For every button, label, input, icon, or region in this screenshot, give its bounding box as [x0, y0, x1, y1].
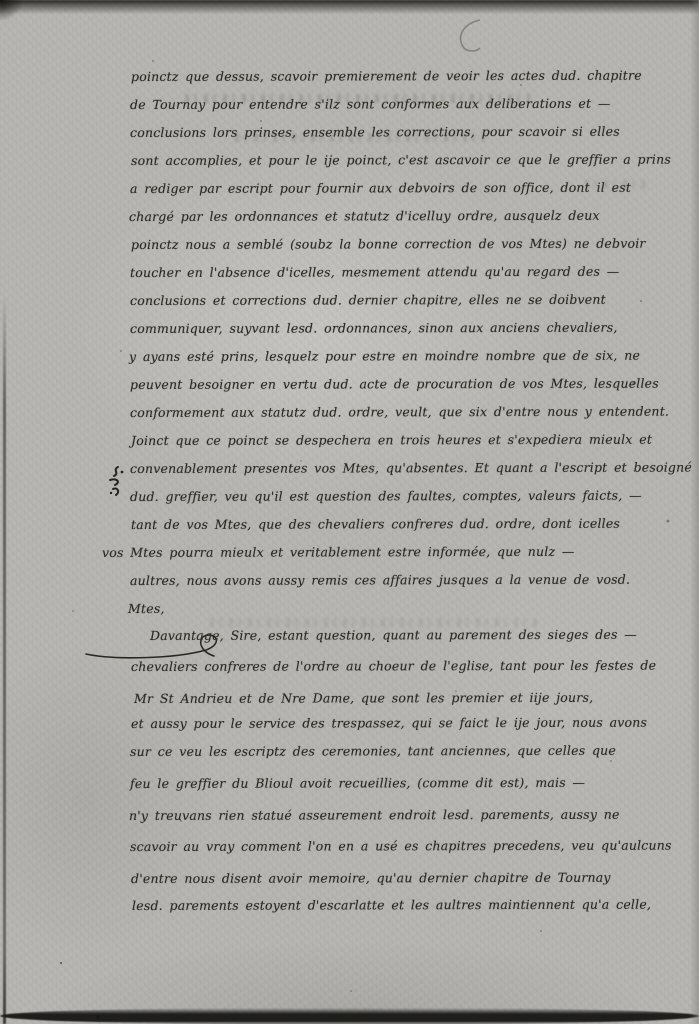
manuscript-line: convenablement presentes vos Mtes, qu'ab…	[130, 460, 692, 476]
manuscript-line: sont accomplies, et pour le ije poinct, …	[131, 152, 671, 168]
manuscript-line: et aussy pour le service des trespassez,…	[131, 715, 647, 731]
manuscript-line: Mtes,	[128, 601, 165, 616]
manuscript-line: poinctz que dessus, scavoir premierement…	[131, 68, 642, 84]
manuscript-line: communiquer, suyvant lesd. ordonnances, …	[130, 320, 618, 336]
manuscript-page: poinctz que dessus, scavoir premierement…	[0, 0, 699, 1024]
scan-corner-shadow	[0, 0, 22, 20]
pencil-curve-mark	[450, 18, 490, 54]
scan-top-edge	[0, 0, 699, 14]
manuscript-line: Davantage, Sire, estant question, quant …	[150, 627, 637, 643]
margin-ink-mark	[104, 464, 130, 500]
binding-edge-line	[3, 295, 6, 1024]
ink-showthrough	[210, 618, 540, 627]
manuscript-line: peuvent besoigner en vertu dud. acte de …	[130, 376, 659, 392]
manuscript-line: Mr St Andrieu et de Nre Dame, que sont l…	[134, 690, 593, 706]
manuscript-line: chargé par les ordonnances et statutz d'…	[129, 208, 600, 224]
manuscript-line: sur ce veu les escriptz des ceremonies, …	[130, 743, 616, 759]
manuscript-line: lesd. parements estoyent d'escarlatte et…	[132, 897, 651, 913]
manuscript-line: conclusions lors prinses, ensemble les c…	[130, 124, 620, 140]
manuscript-line: de Tournay pour entendre s'ilz sont conf…	[130, 96, 611, 112]
manuscript-line: aultres, nous avons aussy remis ces affa…	[130, 572, 630, 588]
manuscript-line: tant de vos Mtes, que des chevaliers con…	[131, 516, 620, 532]
manuscript-line: feu le greffier du Blioul avoit recueill…	[130, 775, 585, 791]
manuscript-line: poinctz nous a semblé (soubz la bonne co…	[131, 236, 646, 252]
manuscript-line: vos Mtes pourra mieulx et veritablement …	[102, 544, 575, 560]
manuscript-line: Joinct que ce poinct se despechera en tr…	[131, 432, 652, 448]
manuscript-line: n'y treuvans rien statué asseurement end…	[129, 807, 620, 823]
scan-right-edge	[690, 0, 699, 1024]
manuscript-line: scavoir au vray comment l'on en a usé es…	[130, 838, 672, 854]
manuscript-line: conformement aux statutz dud. ordre, veu…	[130, 404, 669, 420]
manuscript-line: chevaliers confreres de l'ordre au choeu…	[131, 658, 656, 674]
manuscript-line: toucher en l'absence d'icelles, mesmemen…	[130, 264, 619, 280]
manuscript-line: dud. greffier, veu qu'il est question de…	[130, 488, 642, 504]
scan-bottom-edge	[0, 1008, 699, 1024]
manuscript-line: conclusions et corrections dud. dernier …	[130, 292, 606, 308]
manuscript-line: a rediger par escript pour fournir aux d…	[130, 180, 631, 196]
manuscript-line: y ayans esté prins, lesquelz pour estre …	[129, 348, 640, 364]
manuscript-line: d'entre nous disent avoir memoire, qu'au…	[131, 870, 611, 886]
